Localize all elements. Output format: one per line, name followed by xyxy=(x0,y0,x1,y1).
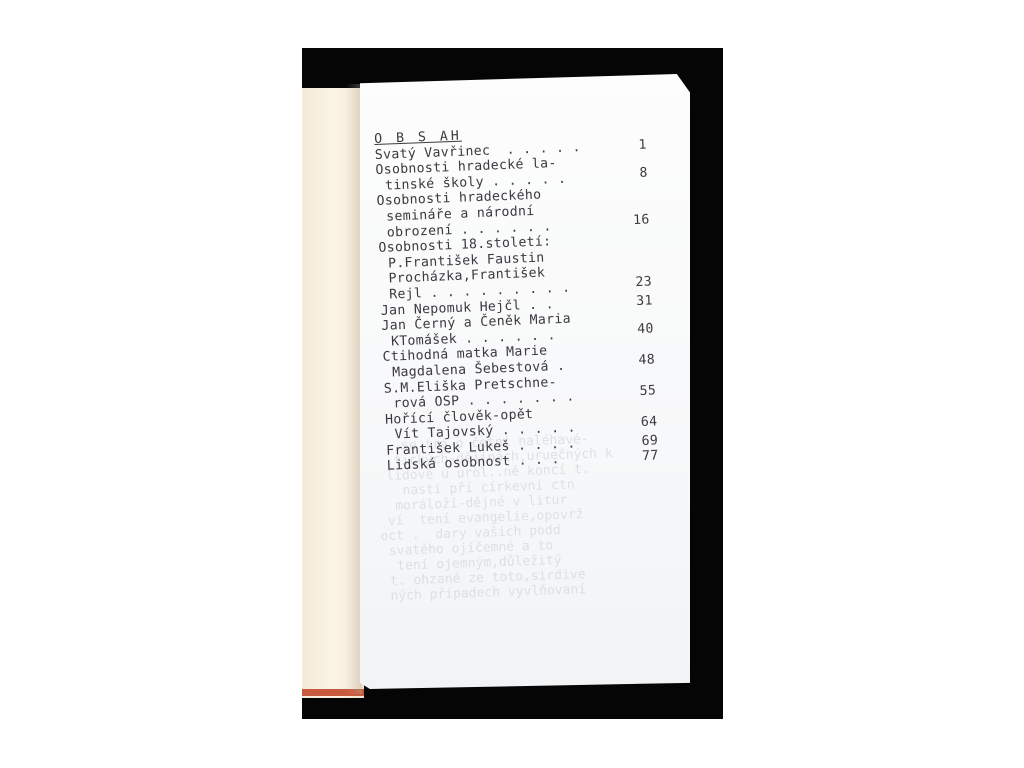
toc-page-number: 77 xyxy=(642,449,659,465)
page-gutter-shadow xyxy=(346,84,362,694)
toc-page-number: 48 xyxy=(638,352,655,368)
toc-page-number: 55 xyxy=(639,383,656,399)
toc-page-number: 8 xyxy=(639,165,648,181)
scanned-photo: se trá o četní naléhavé- tických-dějinác… xyxy=(302,48,723,719)
toc-page-number: 64 xyxy=(641,415,658,431)
toc-page-number: 40 xyxy=(637,321,654,337)
table-of-contents: O B S AH Svatý Vavřinec . . . . .1Osobno… xyxy=(374,120,687,474)
toc-page-number: 69 xyxy=(641,433,658,449)
toc-entry: Osobnosti 18.století:P.František Faustin… xyxy=(378,230,680,304)
toc-page-number: 23 xyxy=(635,274,652,290)
toc-entries: Svatý Vavřinec . . . . .1Osobnosti hrade… xyxy=(375,136,687,475)
toc-page-number: 16 xyxy=(633,212,650,228)
toc-page-number: 1 xyxy=(638,137,647,153)
toc-page-number: 31 xyxy=(636,293,653,309)
